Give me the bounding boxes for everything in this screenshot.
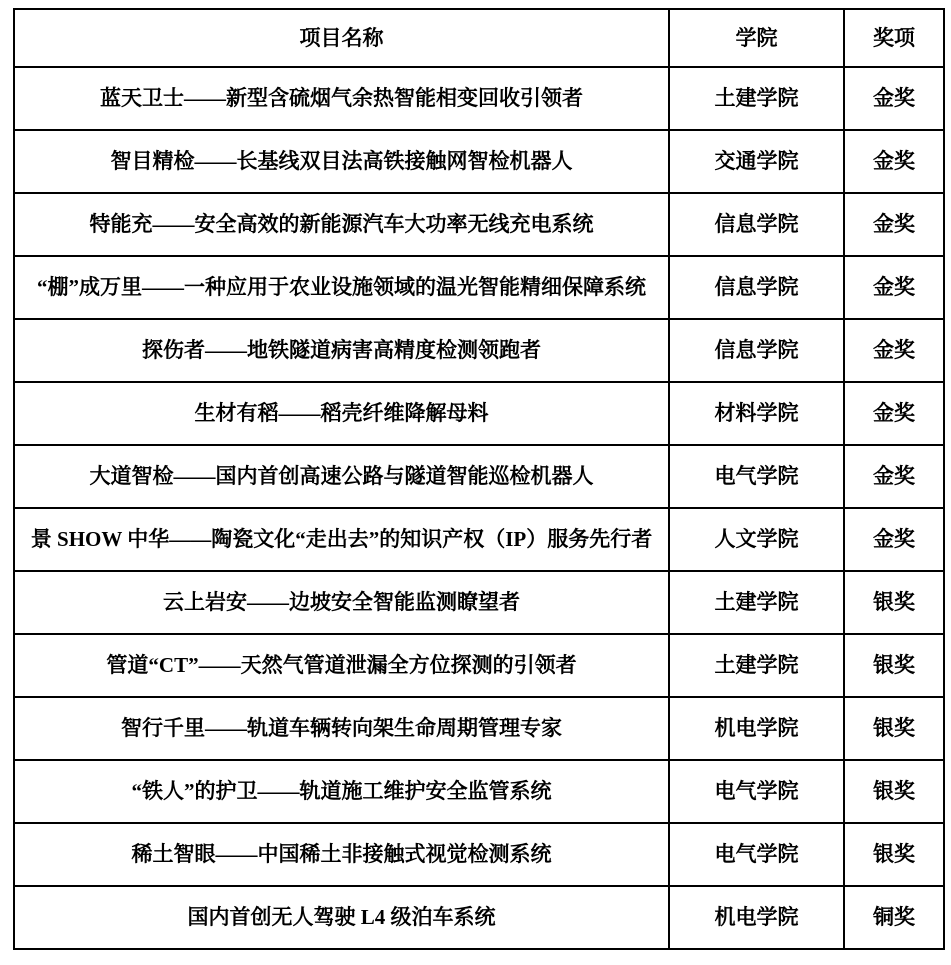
- table-row: 探伤者——地铁隧道病害高精度检测领跑者 信息学院 金奖: [14, 319, 944, 382]
- award-cell: 银奖: [844, 697, 944, 760]
- table-row: 云上岩安——边坡安全智能监测瞭望者 土建学院 银奖: [14, 571, 944, 634]
- project-name-cell: 生材有稻——稻壳纤维降解母料: [14, 382, 669, 445]
- award-cell: 金奖: [844, 67, 944, 130]
- table-row: “铁人”的护卫——轨道施工维护安全监管系统 电气学院 银奖: [14, 760, 944, 823]
- table-body: 蓝天卫士——新型含硫烟气余热智能相变回收引领者 土建学院 金奖 智目精检——长基…: [14, 67, 944, 949]
- table-row: 管道“CT”——天然气管道泄漏全方位探测的引领者 土建学院 银奖: [14, 634, 944, 697]
- column-header-college: 学院: [669, 9, 844, 67]
- column-header-award: 奖项: [844, 9, 944, 67]
- college-cell: 机电学院: [669, 886, 844, 949]
- award-cell: 银奖: [844, 823, 944, 886]
- award-cell: 金奖: [844, 193, 944, 256]
- college-cell: 信息学院: [669, 193, 844, 256]
- project-name-cell: 蓝天卫士——新型含硫烟气余热智能相变回收引领者: [14, 67, 669, 130]
- table-row: 生材有稻——稻壳纤维降解母料 材料学院 金奖: [14, 382, 944, 445]
- college-cell: 电气学院: [669, 445, 844, 508]
- award-cell: 银奖: [844, 571, 944, 634]
- header-row: 项目名称 学院 奖项: [14, 9, 944, 67]
- table-row: 稀土智眼——中国稀土非接触式视觉检测系统 电气学院 银奖: [14, 823, 944, 886]
- college-cell: 人文学院: [669, 508, 844, 571]
- project-name-cell: 云上岩安——边坡安全智能监测瞭望者: [14, 571, 669, 634]
- column-header-project-name: 项目名称: [14, 9, 669, 67]
- award-cell: 铜奖: [844, 886, 944, 949]
- college-cell: 电气学院: [669, 823, 844, 886]
- table-row: 蓝天卫士——新型含硫烟气余热智能相变回收引领者 土建学院 金奖: [14, 67, 944, 130]
- college-cell: 机电学院: [669, 697, 844, 760]
- award-cell: 银奖: [844, 634, 944, 697]
- college-cell: 电气学院: [669, 760, 844, 823]
- college-cell: 信息学院: [669, 256, 844, 319]
- award-cell: 金奖: [844, 130, 944, 193]
- table-row: 大道智检——国内首创高速公路与隧道智能巡检机器人 电气学院 金奖: [14, 445, 944, 508]
- project-name-cell: 特能充——安全高效的新能源汽车大功率无线充电系统: [14, 193, 669, 256]
- table-row: 智目精检——长基线双目法高铁接触网智检机器人 交通学院 金奖: [14, 130, 944, 193]
- award-cell: 银奖: [844, 760, 944, 823]
- project-name-cell: 管道“CT”——天然气管道泄漏全方位探测的引领者: [14, 634, 669, 697]
- table-row: 智行千里——轨道车辆转向架生命周期管理专家 机电学院 银奖: [14, 697, 944, 760]
- project-name-cell: 智目精检——长基线双目法高铁接触网智检机器人: [14, 130, 669, 193]
- college-cell: 交通学院: [669, 130, 844, 193]
- project-name-cell: 探伤者——地铁隧道病害高精度检测领跑者: [14, 319, 669, 382]
- project-name-cell: “棚”成万里——一种应用于农业设施领域的温光智能精细保障系统: [14, 256, 669, 319]
- project-name-cell: 大道智检——国内首创高速公路与隧道智能巡检机器人: [14, 445, 669, 508]
- award-cell: 金奖: [844, 445, 944, 508]
- award-cell: 金奖: [844, 319, 944, 382]
- table-row: 国内首创无人驾驶 L4 级泊车系统 机电学院 铜奖: [14, 886, 944, 949]
- project-name-cell: 国内首创无人驾驶 L4 级泊车系统: [14, 886, 669, 949]
- project-name-cell: 稀土智眼——中国稀土非接触式视觉检测系统: [14, 823, 669, 886]
- award-cell: 金奖: [844, 256, 944, 319]
- college-cell: 土建学院: [669, 67, 844, 130]
- project-name-cell: 智行千里——轨道车辆转向架生命周期管理专家: [14, 697, 669, 760]
- college-cell: 土建学院: [669, 634, 844, 697]
- table-row: 特能充——安全高效的新能源汽车大功率无线充电系统 信息学院 金奖: [14, 193, 944, 256]
- college-cell: 土建学院: [669, 571, 844, 634]
- table-row: “棚”成万里——一种应用于农业设施领域的温光智能精细保障系统 信息学院 金奖: [14, 256, 944, 319]
- project-name-cell: 景 SHOW 中华——陶瓷文化“走出去”的知识产权（IP）服务先行者: [14, 508, 669, 571]
- table-row: 景 SHOW 中华——陶瓷文化“走出去”的知识产权（IP）服务先行者 人文学院 …: [14, 508, 944, 571]
- project-name-cell: “铁人”的护卫——轨道施工维护安全监管系统: [14, 760, 669, 823]
- award-cell: 金奖: [844, 508, 944, 571]
- college-cell: 材料学院: [669, 382, 844, 445]
- college-cell: 信息学院: [669, 319, 844, 382]
- award-cell: 金奖: [844, 382, 944, 445]
- awards-table: 项目名称 学院 奖项 蓝天卫士——新型含硫烟气余热智能相变回收引领者 土建学院 …: [13, 8, 945, 950]
